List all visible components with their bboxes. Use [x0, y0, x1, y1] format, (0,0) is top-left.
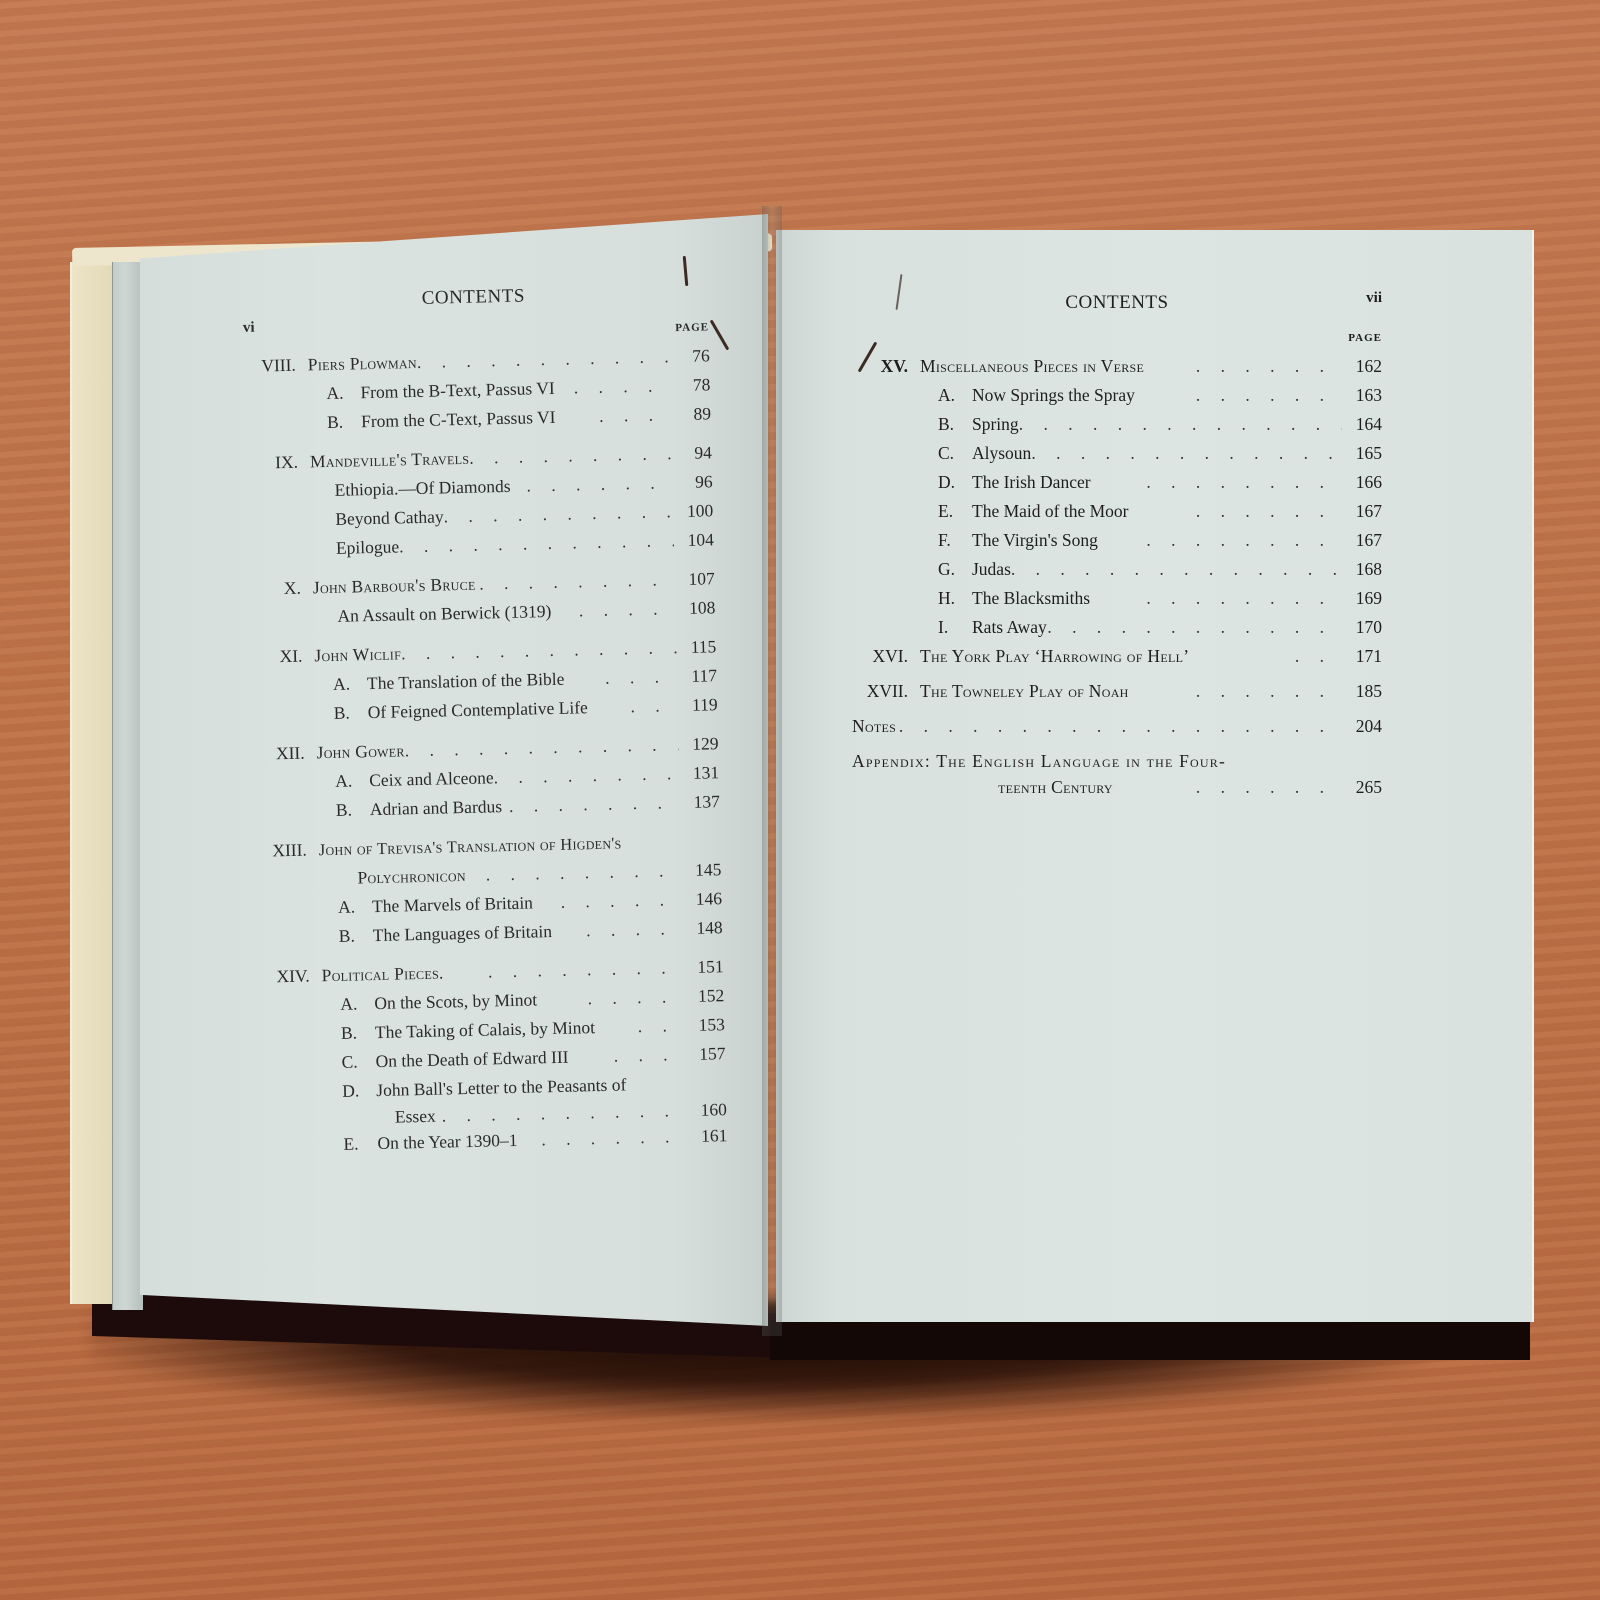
contents-right: CONTENTS vii PAGE XV. Miscellaneous Piec…: [852, 286, 1382, 798]
toc-subentry[interactable]: B.Spring. . . . . . . . . . . . . .164: [852, 410, 1382, 439]
toc-entry-notes[interactable]: Notes . . . . . . . . . . . . . . . . . …: [852, 712, 1382, 741]
book-gutter: [762, 206, 782, 1336]
text-block-edge: [770, 1320, 1530, 1360]
toc-entry[interactable]: XV. Miscellaneous Pieces in Verse . . . …: [852, 352, 1382, 381]
contents-left: CONTENTS vi PAGE VIII. Piers Plowman . .…: [238, 275, 728, 1160]
toc-subentry[interactable]: E.The Maid of the Moor. . . . . .167: [852, 497, 1382, 526]
folio-number: vi: [243, 320, 255, 337]
running-title: CONTENTS: [852, 292, 1382, 314]
running-title: CONTENTS: [238, 281, 708, 314]
page-column-label: PAGE: [852, 332, 1382, 344]
toc-subentry[interactable]: F.The Virgin's Song. . . . . . . .167: [852, 526, 1382, 555]
toc-subentry[interactable]: C.Alysoun. . . . . . . . . . . . . .165: [852, 439, 1382, 468]
toc-subentry[interactable]: H.The Blacksmiths. . . . . . . .169: [852, 584, 1382, 613]
toc-entry-appendix[interactable]: Appendix: The English Language in the Fo…: [852, 747, 1382, 776]
toc-subentry[interactable]: D.The Irish Dancer. . . . . . . .166: [852, 468, 1382, 497]
toc-entry[interactable]: XVII. The Towneley Play of Noah . . . . …: [852, 677, 1382, 706]
toc-entry[interactable]: XVI. The York Play ‘Harrowing of Hell’ .…: [852, 642, 1382, 671]
toc-subentry[interactable]: G.Judas. . . . . . . . . . . . . .168: [852, 555, 1382, 584]
toc-entry-continued[interactable]: teenth Century . . . . . . 265: [852, 776, 1382, 798]
page-number: 76: [669, 341, 710, 371]
toc-subentry[interactable]: A.Now Springs the Spray. . . . . .163: [852, 381, 1382, 410]
toc-subentry[interactable]: I.Rats Away. . . . . . . . . . . .170: [852, 613, 1382, 642]
page-stack-left: [112, 262, 143, 1310]
folio-number: vii: [1366, 290, 1382, 307]
